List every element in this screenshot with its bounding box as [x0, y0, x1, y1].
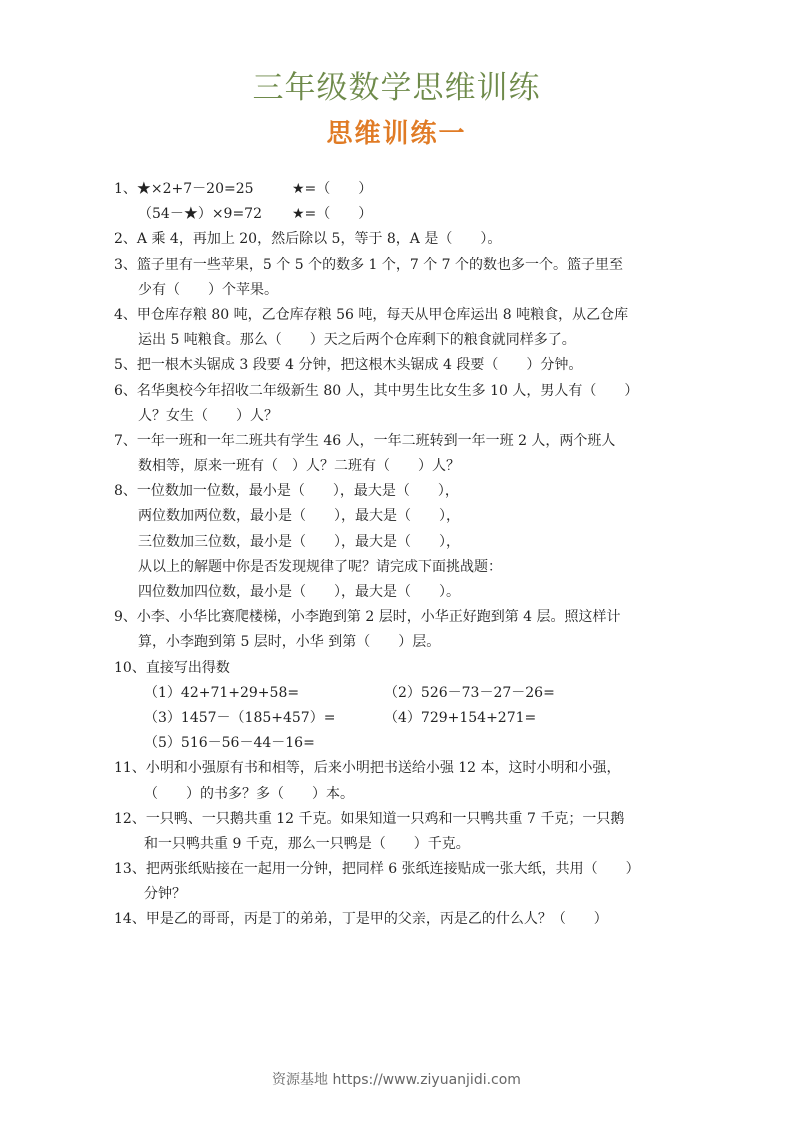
- question-4: 4、甲仓库存粮 80 吨，乙仓库存粮 56 吨，每天从甲仓库运出 8 吨粮食，从…: [114, 303, 689, 328]
- question-9: 9、小李、小华比赛爬楼梯，小李跑到第 2 层时，小华正好跑到第 4 层。照这样计: [114, 605, 689, 630]
- question-7: 7、一年一班和一年二班共有学生 46 人，一年二班转到一年一班 2 人，两个班人: [114, 429, 689, 454]
- question-10-heading: 10、直接写出得数: [114, 656, 689, 681]
- q10-item-1: （1）42+71+29+58=: [144, 681, 384, 706]
- question-10-row-2: （3）1457－（185+457）= （4）729+154+271=: [114, 706, 689, 731]
- q10-item-5: （5）516－56－44－16=: [144, 731, 384, 756]
- q10-item-3: （3）1457－（185+457）=: [144, 706, 384, 731]
- question-13: 13、把两张纸贴接在一起用一分钟，把同样 6 张纸连接贴成一张大纸，共用（ ）: [114, 857, 689, 882]
- question-2: 2、A 乘 4，再加上 20，然后除以 5，等于 8，A 是（ ）。: [114, 227, 689, 252]
- question-9-line-2: 算，小李跑到第 5 层时，小华 到第（ ）层。: [114, 630, 689, 655]
- question-1: 1、★×2+7－20=25★=（ ）: [114, 177, 689, 202]
- question-1-line-2: （54－★）×9=72★=（ ）: [114, 202, 689, 227]
- question-5: 5、把一根木头锯成 3 段要 4 分钟，把这根木头锯成 4 段要（ ）分钟。: [114, 353, 689, 378]
- q1-answer-1: ★=（ ）: [292, 181, 372, 197]
- question-6-line-2: 人？女生（ ）人？: [114, 404, 689, 429]
- q1-expr-2: （54－★）×9=72: [138, 202, 292, 227]
- question-8-line-2: 两位数加两位数，最小是（ ），最大是（ ），: [114, 504, 689, 529]
- page-title: 三年级数学思维训练: [0, 68, 793, 108]
- question-8: 8、一位数加一位数，最小是（ ），最大是（ ），: [114, 479, 689, 504]
- question-11-line-2: （ ）的书多？多（ ）本。: [114, 782, 689, 807]
- question-8-line-5: 四位数加四位数，最小是（ ），最大是（ ）。: [114, 580, 689, 605]
- page-subtitle: 思维训练一: [0, 116, 793, 152]
- question-14: 14、甲是乙的哥哥，丙是丁的弟弟，丁是甲的父亲，丙是乙的什么人？（ ）: [114, 907, 689, 932]
- footer-watermark: 资源基地 https://www.ziyuanjidi.com: [0, 1069, 793, 1089]
- q1-expr-1: 1、★×2+7－20=25: [114, 177, 292, 202]
- question-4-line-2: 运出 5 吨粮食。那么（ ）天之后两个仓库剩下的粮食就同样多了。: [114, 328, 689, 353]
- q10-item-4: （4）729+154+271=: [384, 706, 624, 731]
- question-11: 11、小明和小强原有书和相等，后来小明把书送给小强 12 本，这时小明和小强，: [114, 756, 689, 781]
- question-8-line-4: 从以上的解题中你是否发现规律了呢？请完成下面挑战题：: [114, 555, 689, 580]
- question-7-line-2: 数相等，原来一班有（ ）人？二班有（ ）人？: [114, 454, 689, 479]
- q10-item-2: （2）526－73－27－26=: [384, 681, 624, 706]
- question-6: 6、名华奥校今年招收二年级新生 80 人，其中男生比女生多 10 人，男人有（ …: [114, 379, 689, 404]
- question-3-line-2: 少有（ ）个苹果。: [114, 278, 689, 303]
- question-12-line-2: 和一只鸭共重 9 千克，那么一只鸭是（ ）千克。: [114, 832, 689, 857]
- question-3: 3、篮子里有一些苹果，5 个 5 个的数多 1 个，7 个 7 个的数也多一个。…: [114, 253, 689, 278]
- question-13-line-2: 分钟？: [114, 882, 689, 907]
- question-10-row-3: （5）516－56－44－16=: [114, 731, 689, 756]
- question-list: 1、★×2+7－20=25★=（ ） （54－★）×9=72★=（ ） 2、A …: [114, 177, 689, 933]
- q1-answer-2: ★=（ ）: [292, 206, 372, 222]
- question-12: 12、一只鸭、一只鹅共重 12 千克。如果知道一只鸡和一只鸭共重 7 千克；一只…: [114, 807, 689, 832]
- question-10-row-1: （1）42+71+29+58= （2）526－73－27－26=: [114, 681, 689, 706]
- question-8-line-3: 三位数加三位数，最小是（ ），最大是（ ），: [114, 530, 689, 555]
